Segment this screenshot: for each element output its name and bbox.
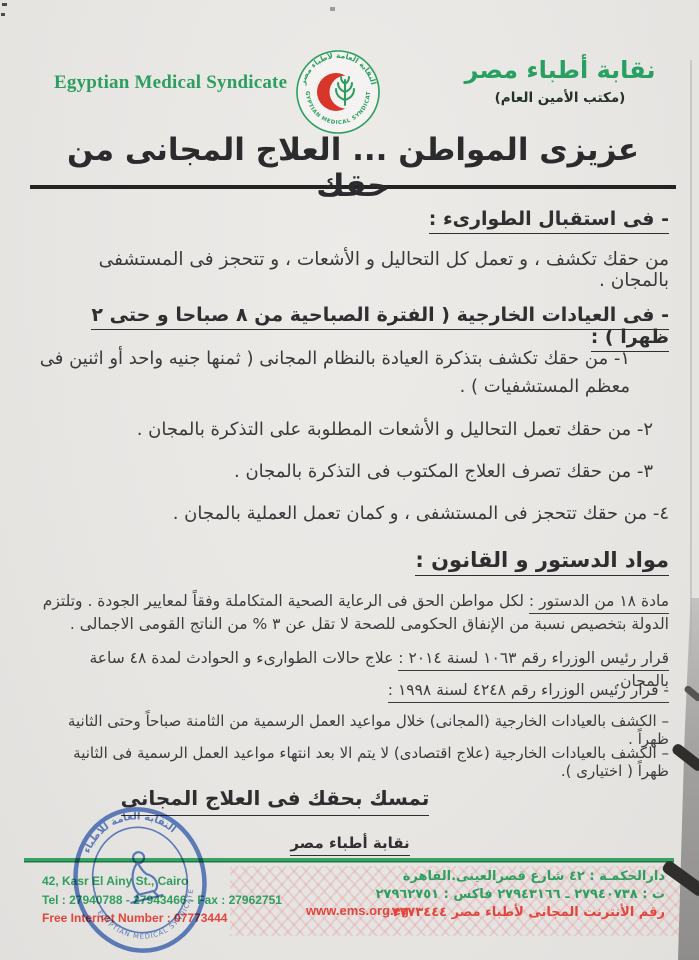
law-section-heading: مواد الدستور و القانون : — [38, 548, 669, 572]
clinics-section-heading: - فى العيادات الخارجية ( الفترة الصباحية… — [38, 304, 669, 348]
decree-1063-label: قرار رئيس الوزراء رقم ١٠٦٣ لسنة ٢٠١٤ : — [398, 649, 669, 671]
constitution-article-paragraph: مادة ١٨ من الدستور : لكل مواطن الحق فى ا… — [38, 590, 669, 636]
clinic-right-item-3: ٣- من حقك تصرف العلاج المكتوب فى التذكرة… — [38, 458, 669, 486]
scan-speck-1 — [2, 3, 7, 6]
free-internet-number-arabic: رقم الأنترنت المجانى لأطباء مصر ٠٧٧٧٣٤٤٤ — [376, 904, 665, 922]
phone-fax-arabic: ت : ٢٧٩٤٠٧٣٨ ـ ٢٧٩٤٣١٦٦ فاكس : ٢٧٩٦٢٧٥١ — [376, 886, 665, 904]
syndicate-name-arabic: نقابة أطباء مصر — [440, 56, 680, 84]
clinic-right-item-1: ١- من حقك تكشف بتذكرة العيادة بالنظام ال… — [38, 345, 630, 401]
secretary-general-office-label: (مكتب الأمين العام) — [440, 90, 680, 106]
emergency-body-text: من حقك تكشف ، و تعمل كل التحاليل و الأشع… — [38, 249, 669, 291]
emergency-section-heading: - فى استقبال الطوارىء : — [38, 208, 669, 230]
scan-speck-3 — [330, 7, 335, 11]
law-heading-text: مواد الدستور و القانون : — [415, 548, 669, 576]
clinic-right-item-2: ٢- من حقك تعمل التحاليل و الأشعات المطلو… — [38, 416, 669, 444]
footer-contact-arabic: دارالحكمـة : ٤٢ شارع قصرالعينى.القاهرة ت… — [376, 868, 665, 922]
paper-crease-line — [690, 60, 692, 660]
syndicate-logo: النقابة العامة لأطباء مصر EGYPTIAN MEDIC… — [296, 44, 380, 136]
decree-4248-label: - قرار رئيس الوزراء رقم ٤٢٤٨ لسنة ١٩٩٨ : — [388, 681, 669, 703]
economic-clinic-hours-note: – الكشف بالعيادات الخارجية (علاج اقتصادى… — [38, 744, 669, 780]
clinic-right-item-4: ٤- من حقك تتحجز فى المستشفى ، و كمان تعم… — [38, 500, 669, 528]
syndicate-name-english: Egyptian Medical Syndicate — [54, 72, 287, 94]
free-clinic-hours-note: – الكشف بالعيادات الخارجية (المجانى) خلا… — [38, 712, 669, 748]
syndicate-round-stamp: النقابة العامة للأطباء EGYPTIAN MEDICAL … — [64, 796, 216, 960]
article-18-label: مادة ١٨ من الدستور : — [529, 592, 669, 614]
scanned-flyer-page: Egyptian Medical Syndicate النقابة العام… — [0, 0, 699, 960]
emergency-heading-text: - فى استقبال الطوارىء : — [429, 208, 669, 234]
scan-speck-2 — [1, 13, 5, 16]
decree-4248-line: - قرار رئيس الوزراء رقم ٤٢٤٨ لسنة ١٩٩٨ : — [38, 679, 669, 702]
page-title: عزيزى المواطن ... العلاج المجانى من حقك — [30, 132, 676, 189]
address-arabic: دارالحكمـة : ٤٢ شارع قصرالعينى.القاهرة — [376, 868, 665, 886]
footer-org-text: نقابة أطباء مصر — [290, 834, 409, 856]
stamp-seated-figure-icon — [120, 849, 163, 903]
